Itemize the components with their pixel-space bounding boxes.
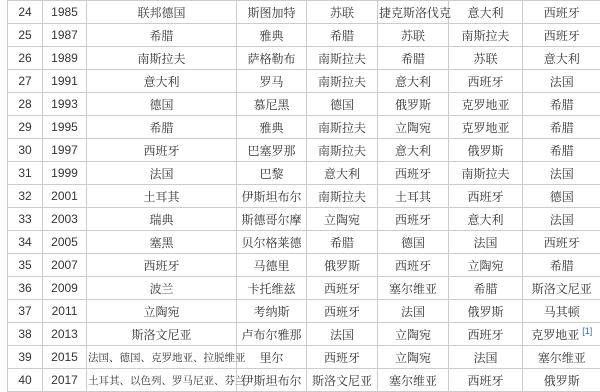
cell-edition-number: 33 [8, 208, 43, 231]
cell-host: 意大利 [87, 70, 237, 93]
cell-bronze: 苏联 [449, 47, 523, 70]
cell-host-city: 雅典 [237, 116, 307, 139]
cell-host: 波兰 [87, 277, 237, 300]
cell-gold: 南斯拉夫 [307, 185, 378, 208]
cell-bronze: 法国 [449, 231, 523, 254]
cell-edition-number: 40 [8, 369, 43, 392]
cell-gold: 希腊 [307, 231, 378, 254]
cell-year: 1999 [43, 162, 87, 185]
cell-gold: 俄罗斯 [307, 254, 378, 277]
cell-host: 塞黑 [87, 231, 237, 254]
table-row: 261989南斯拉夫萨格勒布南斯拉夫希腊苏联意大利 [8, 47, 600, 70]
cell-edition-number: 31 [8, 162, 43, 185]
cell-gold: 意大利 [307, 162, 378, 185]
cell-silver: 苏联 [378, 24, 449, 47]
cell-year: 1991 [43, 70, 87, 93]
cell-host: 立陶宛 [87, 300, 237, 323]
cell-host-city: 慕尼黑 [237, 93, 307, 116]
cell-silver: 立陶宛 [378, 346, 449, 369]
cell-host: 法国、德国、克罗地亚、拉脱维亚 [87, 346, 237, 369]
cell-bronze: 希腊 [449, 277, 523, 300]
table-row: 291995希腊雅典南斯拉夫立陶宛克罗地亚希腊 [8, 116, 600, 139]
cell-year: 1993 [43, 93, 87, 116]
cell-fourth: 意大利 [523, 47, 600, 70]
cell-silver: 希腊 [378, 47, 449, 70]
cell-silver: 意大利 [378, 139, 449, 162]
cell-edition-number: 25 [8, 24, 43, 47]
cell-fourth: 希腊 [523, 139, 600, 162]
cell-fourth: 斯洛文尼亚 [523, 277, 600, 300]
cell-bronze: 克罗地亚 [449, 116, 523, 139]
cell-edition-number: 32 [8, 185, 43, 208]
cell-host-city: 斯德哥尔摩 [237, 208, 307, 231]
cell-host-city: 斯图加特 [237, 1, 307, 24]
cell-host: 希腊 [87, 24, 237, 47]
cell-year: 2003 [43, 208, 87, 231]
cell-host: 西班牙 [87, 139, 237, 162]
cell-year: 2005 [43, 231, 87, 254]
cell-bronze: 南斯拉夫 [449, 162, 523, 185]
cell-host-city: 伊斯坦布尔 [237, 185, 307, 208]
cell-year: 2007 [43, 254, 87, 277]
table-row: 342005塞黑贝尔格莱德希腊德国法国西班牙 [8, 231, 600, 254]
table-row: 311999法国巴黎意大利西班牙南斯拉夫法国 [8, 162, 600, 185]
table-row: 332003瑞典斯德哥尔摩立陶宛西班牙意大利法国 [8, 208, 600, 231]
cell-bronze: 法国 [449, 346, 523, 369]
cell-bronze: 意大利 [449, 1, 523, 24]
cell-host-city: 考纳斯 [237, 300, 307, 323]
cell-edition-number: 27 [8, 70, 43, 93]
table-row: 392015法国、德国、克罗地亚、拉脱维亚里尔西班牙立陶宛法国塞尔维亚 [8, 346, 600, 369]
cell-year: 2013 [43, 323, 87, 346]
cell-host-city: 卡托维兹 [237, 277, 307, 300]
cell-gold: 苏联 [307, 1, 378, 24]
cell-host-city: 巴黎 [237, 162, 307, 185]
cell-host: 联邦德国 [87, 1, 237, 24]
cell-host-city: 马德里 [237, 254, 307, 277]
cell-gold: 南斯拉夫 [307, 70, 378, 93]
cell-year: 2001 [43, 185, 87, 208]
cell-edition-number: 30 [8, 139, 43, 162]
cell-bronze: 意大利 [449, 208, 523, 231]
cell-host: 土耳其、以色列、罗马尼亚、芬兰 [87, 369, 237, 392]
cell-gold: 斯洛文尼亚 [307, 369, 378, 392]
cell-host: 希腊 [87, 116, 237, 139]
table-row: 322001土耳其伊斯坦布尔南斯拉夫土耳其西班牙德国 [8, 185, 600, 208]
table-row: 301997西班牙巴塞罗那南斯拉夫意大利俄罗斯希腊 [8, 139, 600, 162]
table-row: 352007西班牙马德里俄罗斯西班牙立陶宛希腊 [8, 254, 600, 277]
cell-silver: 意大利 [378, 70, 449, 93]
cell-fourth: 塞尔维亚 [523, 346, 600, 369]
cell-silver: 俄罗斯 [378, 93, 449, 116]
cell-gold: 立陶宛 [307, 208, 378, 231]
cell-fourth: 马其顿 [523, 300, 600, 323]
cell-bronze: 西班牙 [449, 369, 523, 392]
table-row: 402017土耳其、以色列、罗马尼亚、芬兰伊斯坦布尔斯洛文尼亚塞尔维亚西班牙俄罗… [8, 369, 600, 392]
cell-host-city: 卢布尔雅那 [237, 323, 307, 346]
cell-silver: 法国 [378, 300, 449, 323]
cell-fourth: 法国 [523, 162, 600, 185]
cell-bronze: 俄罗斯 [449, 139, 523, 162]
table-row: 271991意大利罗马南斯拉夫意大利西班牙法国 [8, 70, 600, 93]
table-body: 241985联邦德国斯图加特苏联捷克斯洛伐克意大利西班牙251987希腊雅典希腊… [8, 1, 600, 392]
cell-gold: 西班牙 [307, 300, 378, 323]
table-row: 251987希腊雅典希腊苏联南斯拉夫西班牙 [8, 24, 600, 47]
cell-edition-number: 34 [8, 231, 43, 254]
cell-silver: 西班牙 [378, 208, 449, 231]
eurobasket-results-table: 241985联邦德国斯图加特苏联捷克斯洛伐克意大利西班牙251987希腊雅典希腊… [7, 0, 600, 392]
cell-silver: 塞尔维亚 [378, 277, 449, 300]
cell-gold: 南斯拉夫 [307, 116, 378, 139]
cell-host: 土耳其 [87, 185, 237, 208]
cell-year: 1987 [43, 24, 87, 47]
cell-silver: 西班牙 [378, 254, 449, 277]
cell-host-city: 里尔 [237, 346, 307, 369]
citation-link[interactable]: [1] [582, 326, 592, 336]
cell-bronze: 南斯拉夫 [449, 24, 523, 47]
table-row: 281993德国慕尼黑德国俄罗斯克罗地亚希腊 [8, 93, 600, 116]
cell-fourth: 法国 [523, 70, 600, 93]
cell-fourth: 克罗地亚[1] [523, 323, 600, 346]
cell-year: 1985 [43, 1, 87, 24]
cell-edition-number: 39 [8, 346, 43, 369]
cell-year: 2015 [43, 346, 87, 369]
table-row: 241985联邦德国斯图加特苏联捷克斯洛伐克意大利西班牙 [8, 1, 600, 24]
table-row: 382013斯洛文尼亚卢布尔雅那法国立陶宛西班牙克罗地亚[1] [8, 323, 600, 346]
cell-bronze: 西班牙 [449, 185, 523, 208]
cell-year: 1997 [43, 139, 87, 162]
cell-gold: 法国 [307, 323, 378, 346]
cell-host-city: 巴塞罗那 [237, 139, 307, 162]
cell-gold: 西班牙 [307, 346, 378, 369]
cell-edition-number: 28 [8, 93, 43, 116]
cell-year: 1995 [43, 116, 87, 139]
cell-edition-number: 36 [8, 277, 43, 300]
cell-year: 1989 [43, 47, 87, 70]
cell-silver: 德国 [378, 231, 449, 254]
cell-bronze: 西班牙 [449, 70, 523, 93]
cell-fourth: 西班牙 [523, 24, 600, 47]
cell-gold: 南斯拉夫 [307, 139, 378, 162]
cell-fourth: 希腊 [523, 116, 600, 139]
cell-fourth: 西班牙 [523, 231, 600, 254]
cell-edition-number: 24 [8, 1, 43, 24]
cell-host-city: 雅典 [237, 24, 307, 47]
cell-silver: 捷克斯洛伐克 [378, 1, 449, 24]
cell-host-city: 伊斯坦布尔 [237, 369, 307, 392]
cell-host-city: 萨格勒布 [237, 47, 307, 70]
cell-silver: 西班牙 [378, 162, 449, 185]
cell-edition-number: 35 [8, 254, 43, 277]
cell-host: 法国 [87, 162, 237, 185]
cell-fourth: 法国 [523, 208, 600, 231]
cell-host: 南斯拉夫 [87, 47, 237, 70]
cell-host: 德国 [87, 93, 237, 116]
cell-edition-number: 37 [8, 300, 43, 323]
cell-fourth: 德国 [523, 185, 600, 208]
cell-silver: 立陶宛 [378, 116, 449, 139]
cell-fourth: 西班牙 [523, 1, 600, 24]
table-row: 372011立陶宛考纳斯西班牙法国俄罗斯马其顿 [8, 300, 600, 323]
cell-fourth: 希腊 [523, 254, 600, 277]
cell-year: 2017 [43, 369, 87, 392]
cell-gold: 希腊 [307, 24, 378, 47]
cell-year: 2009 [43, 277, 87, 300]
table-row: 362009波兰卡托维兹西班牙塞尔维亚希腊斯洛文尼亚 [8, 277, 600, 300]
cell-silver: 塞尔维亚 [378, 369, 449, 392]
cell-host-city: 贝尔格莱德 [237, 231, 307, 254]
cell-host-city: 罗马 [237, 70, 307, 93]
cell-gold: 西班牙 [307, 277, 378, 300]
cell-host: 西班牙 [87, 254, 237, 277]
cell-fourth: 希腊 [523, 93, 600, 116]
cell-edition-number: 29 [8, 116, 43, 139]
cell-edition-number: 26 [8, 47, 43, 70]
cell-bronze: 俄罗斯 [449, 300, 523, 323]
cell-silver: 立陶宛 [378, 323, 449, 346]
cell-bronze: 克罗地亚 [449, 93, 523, 116]
cell-gold: 德国 [307, 93, 378, 116]
cell-silver: 土耳其 [378, 185, 449, 208]
cell-year: 2011 [43, 300, 87, 323]
cell-fourth: 俄罗斯 [523, 369, 600, 392]
cell-bronze: 立陶宛 [449, 254, 523, 277]
cell-host: 瑞典 [87, 208, 237, 231]
cell-host: 斯洛文尼亚 [87, 323, 237, 346]
cell-bronze: 西班牙 [449, 323, 523, 346]
cell-edition-number: 38 [8, 323, 43, 346]
cell-gold: 南斯拉夫 [307, 47, 378, 70]
